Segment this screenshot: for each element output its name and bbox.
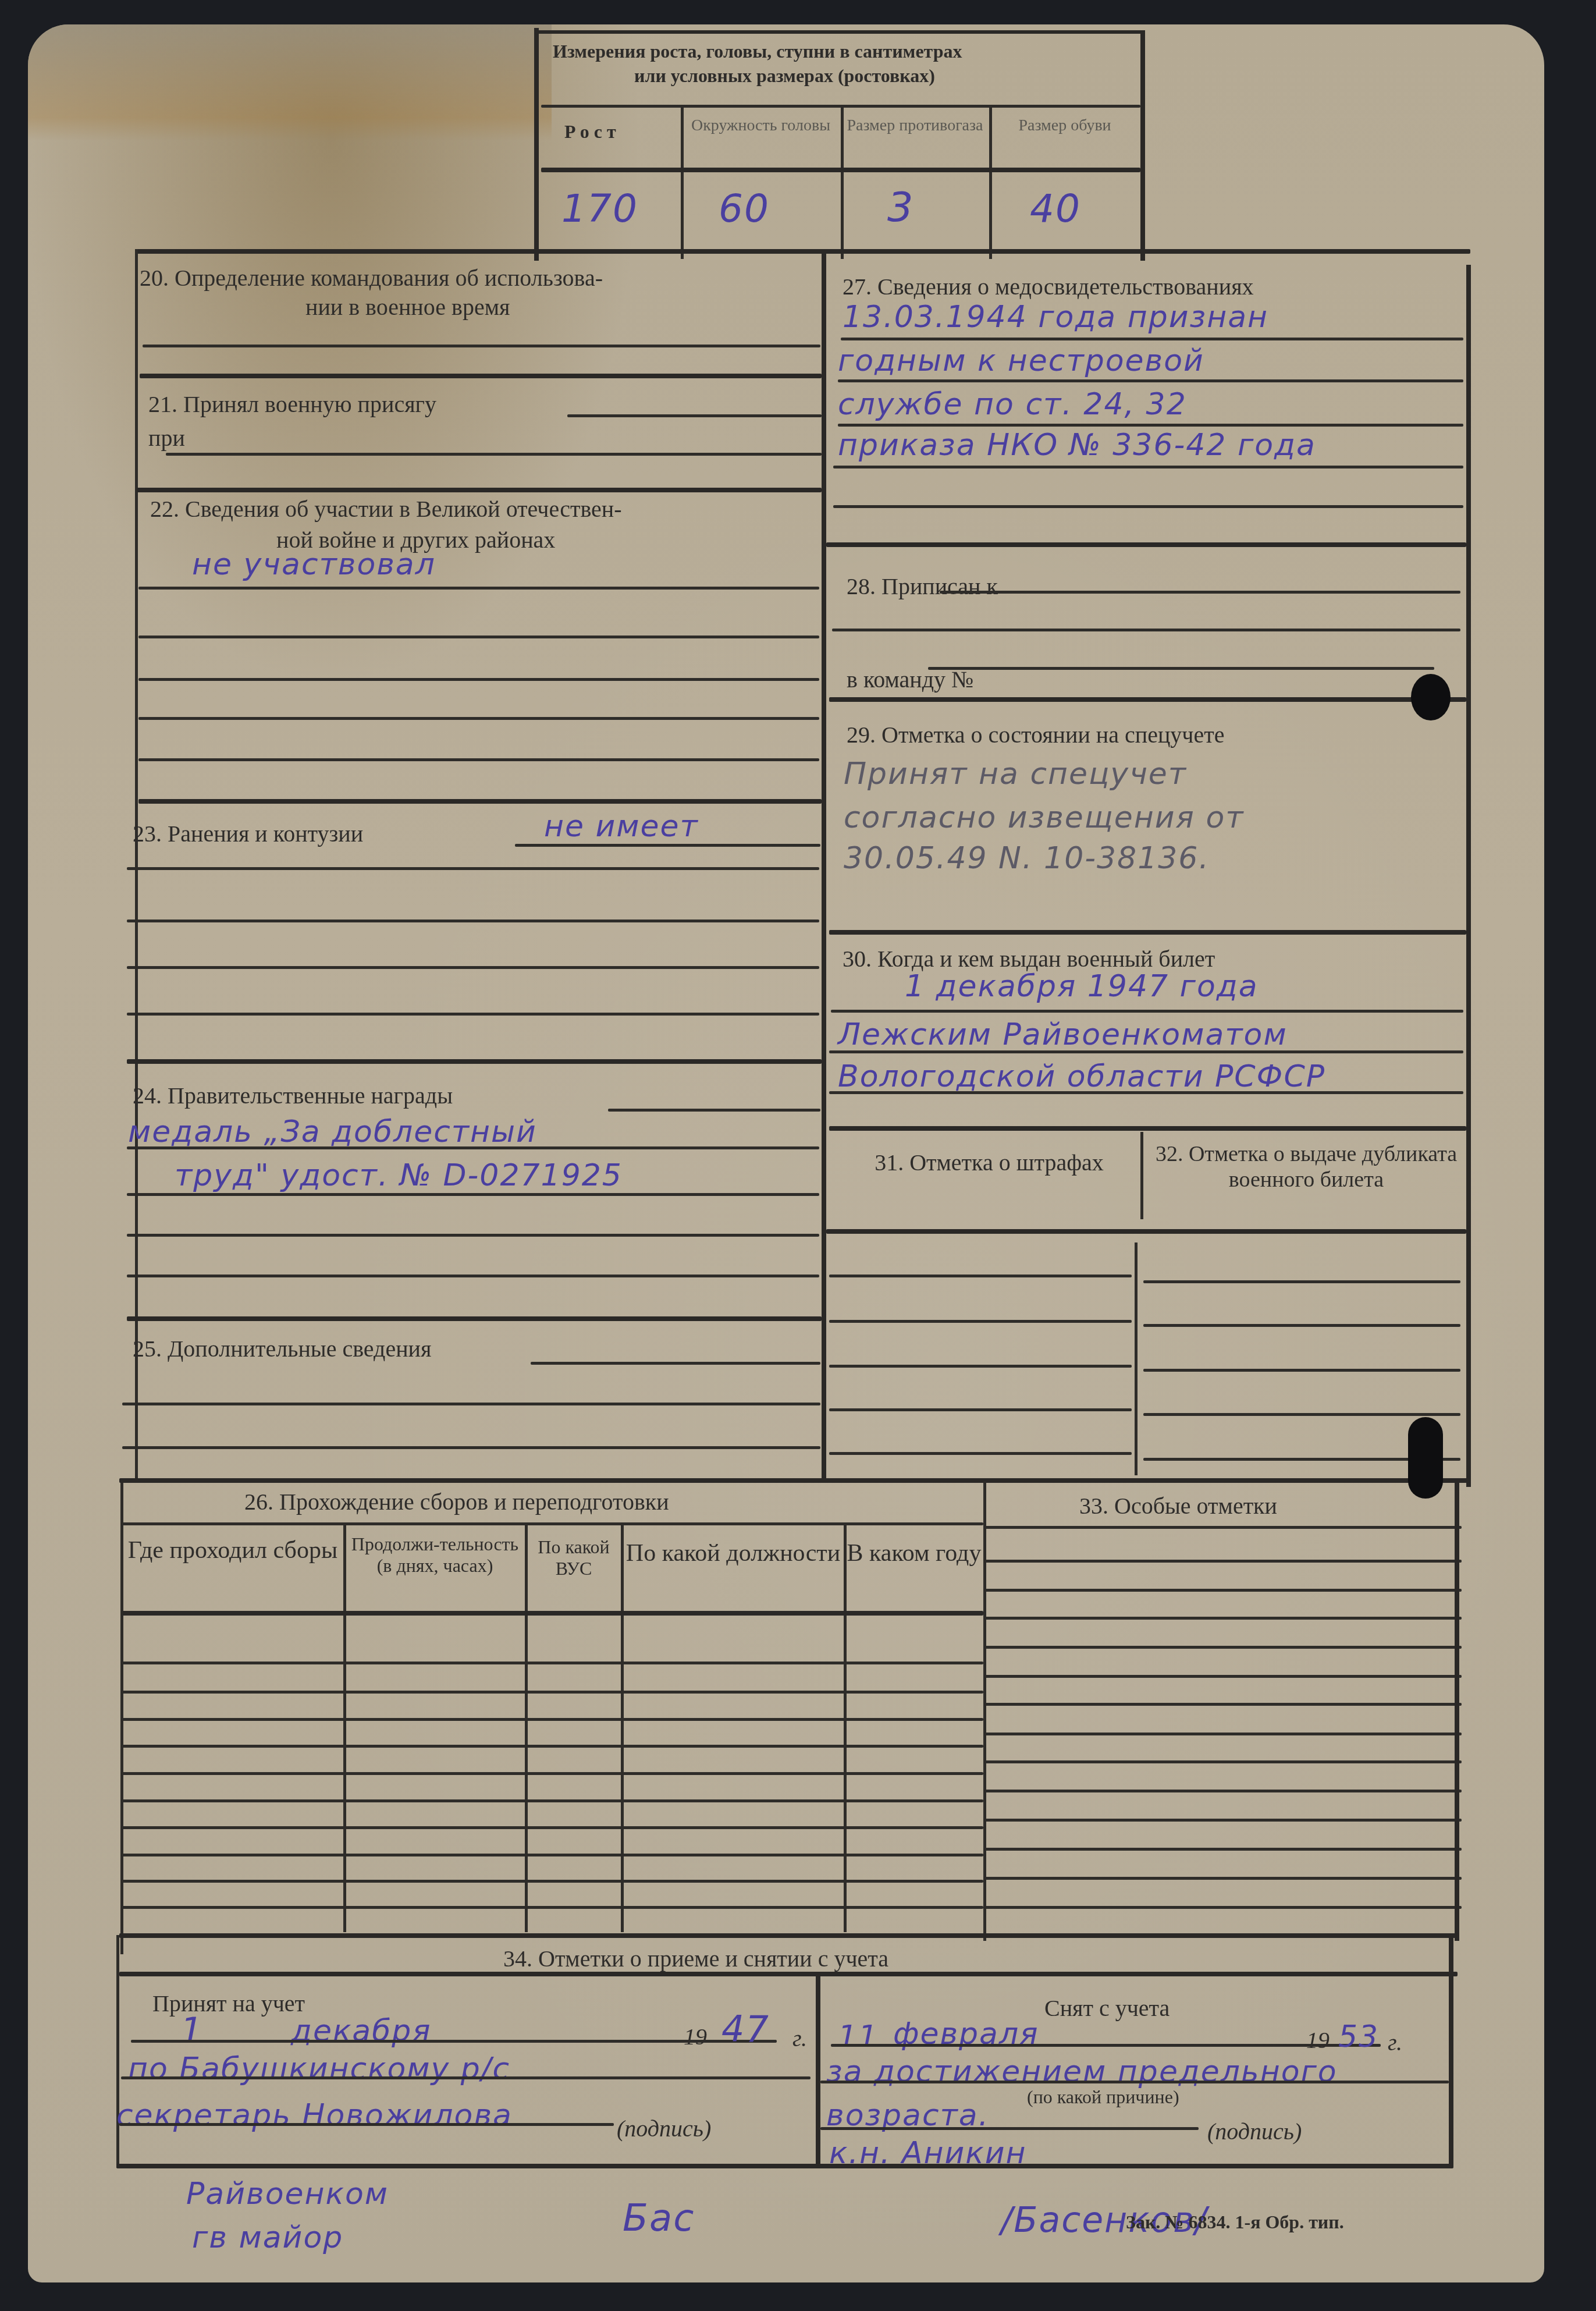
accepted-signer: секретарь Новожилова [116, 2098, 513, 2133]
field-20-label-2: нии в военное время [305, 294, 510, 321]
col-header-year: В каком году [847, 1539, 982, 1567]
header-height: Рост [564, 121, 621, 143]
punch-hole [1408, 1417, 1443, 1499]
table-row [122, 1826, 983, 1829]
footer-signature: Бас [623, 2197, 695, 2240]
accepted-month: декабря [291, 2014, 432, 2049]
accepted-year-unit: г. [792, 2025, 807, 2052]
removed-label: Снят с учета [1044, 1995, 1170, 2022]
measurements-title-1: Измерения роста, головы, ступни в сантим… [553, 41, 962, 62]
table-row [122, 1854, 983, 1856]
col-header-duration: Продолжи-тельность (в днях, часах) [346, 1533, 524, 1577]
field-29-line-1: Принят на спецучет [844, 757, 1187, 791]
removed-day: 11 [838, 2019, 879, 2054]
table-row [122, 1772, 983, 1775]
field-24-label: 24. Правительственные награды [133, 1082, 453, 1109]
removed-year-suffix: 53 [1338, 2019, 1379, 2054]
field-27-line-1: 13.03.1944 года признан [843, 300, 1268, 335]
field-29-line-2: согласно извещения от [844, 800, 1245, 835]
table-row [122, 1906, 983, 1909]
field-21-label: 21. Принял военную присягу [148, 391, 436, 418]
col-header-vus: По какой ВУС [528, 1536, 620, 1579]
table-row [122, 1799, 983, 1802]
field-30-line-2: Лежским Райвоенкоматом [838, 1017, 1288, 1052]
field-27-line-2: годным к нестроевой [838, 343, 1204, 378]
col-header-where: Где проходил сборы [125, 1536, 340, 1564]
field-24-value-2: труд" удост. № D-0271925 [175, 1158, 623, 1193]
field-31-label: 31. Отметка о штрафах [838, 1149, 1140, 1176]
field-33-label: 33. Особые отметки [1079, 1493, 1277, 1520]
removed-year-unit: г. [1388, 2029, 1402, 2056]
removed-year-prefix: 19 [1306, 2027, 1330, 2054]
field-23-value: не имеет [544, 809, 699, 844]
value-shoe-size: 40 [1030, 186, 1081, 231]
table-row [122, 1745, 983, 1748]
field-21-label-2: при [148, 425, 185, 452]
accepted-signature-label: (подпись) [617, 2115, 711, 2142]
field-30-line-3: Вологодской области РСФСР [838, 1059, 1325, 1094]
field-24-value-1: медаль „За доблестный [128, 1114, 537, 1149]
field-25-label: 25. Дополнительные сведения [133, 1336, 431, 1362]
value-head-size: 60 [719, 186, 770, 231]
print-info: Зак. № 6834. 1-я Обр. тип. [1126, 2211, 1344, 2233]
header-head-size: Окружность головы [684, 116, 838, 135]
field-29-line-3: 30.05.49 N. 10-38136. [844, 841, 1210, 876]
header-gasmask-size: Размер противогаза [844, 116, 986, 135]
footer-handwritten-2: гв майор [192, 2220, 343, 2255]
field-28-label: 28. Приписан к [847, 573, 998, 600]
registration-title: 34. Отметки о приеме и снятии с учета [503, 1946, 888, 1972]
accepted-year-prefix: 19 [684, 2024, 707, 2050]
header-shoe-size: Размер обуви [992, 116, 1138, 135]
section-divider [119, 1478, 1469, 1483]
field-30-line-1: 1 декабря 1947 года [905, 969, 1259, 1004]
field-27-line-4: приказа НКО № 336-42 года [838, 428, 1316, 463]
training-table-title: 26. Прохождение сборов и переподготовки [244, 1489, 669, 1515]
value-gasmask-size: 3 [887, 183, 915, 231]
removed-reason-caption: (по какой причине) [1027, 2086, 1179, 2108]
punch-hole [1411, 674, 1451, 720]
table-row [122, 1691, 983, 1694]
field-29-label: 29. Отметка о состоянии на спецучете [847, 722, 1224, 748]
field-20-label: 20. Определение командования об использо… [140, 265, 603, 292]
field-23-label: 23. Ранения и контузии [133, 821, 363, 847]
field-32-label: 32. Отметка о выдаче дубликата военного … [1149, 1142, 1463, 1192]
table-row [122, 1718, 983, 1721]
accepted-year-suffix: 47 [721, 2008, 770, 2050]
col-header-position: По какой должности [625, 1539, 841, 1567]
water-stain [28, 24, 552, 141]
removed-signature-label: (подпись) [1207, 2118, 1302, 2145]
removed-reason-1: за достижением предельного [826, 2054, 1338, 2089]
accepted-day: 1 [180, 2011, 204, 2051]
field-27-line-3: службе по ст. 24, 32 [838, 387, 1187, 422]
accepted-by: по Бабушкинскому р/с [128, 2051, 510, 2086]
table-row [122, 1880, 983, 1883]
value-height: 170 [561, 186, 638, 231]
footer-handwritten-1: Райвоенком [186, 2177, 389, 2211]
accepted-label: Принят на учет [152, 1990, 305, 2017]
table-row [122, 1662, 983, 1664]
field-28-label-2: в команду № [847, 666, 973, 693]
field-22-value: не участвовал [192, 547, 436, 582]
measurements-title-2: или условных размерах (ростовках) [634, 65, 935, 87]
field-22-label: 22. Сведения об участии в Великой отечес… [150, 496, 622, 523]
field-27-label: 27. Сведения о медосвидетельствованиях [843, 274, 1254, 300]
